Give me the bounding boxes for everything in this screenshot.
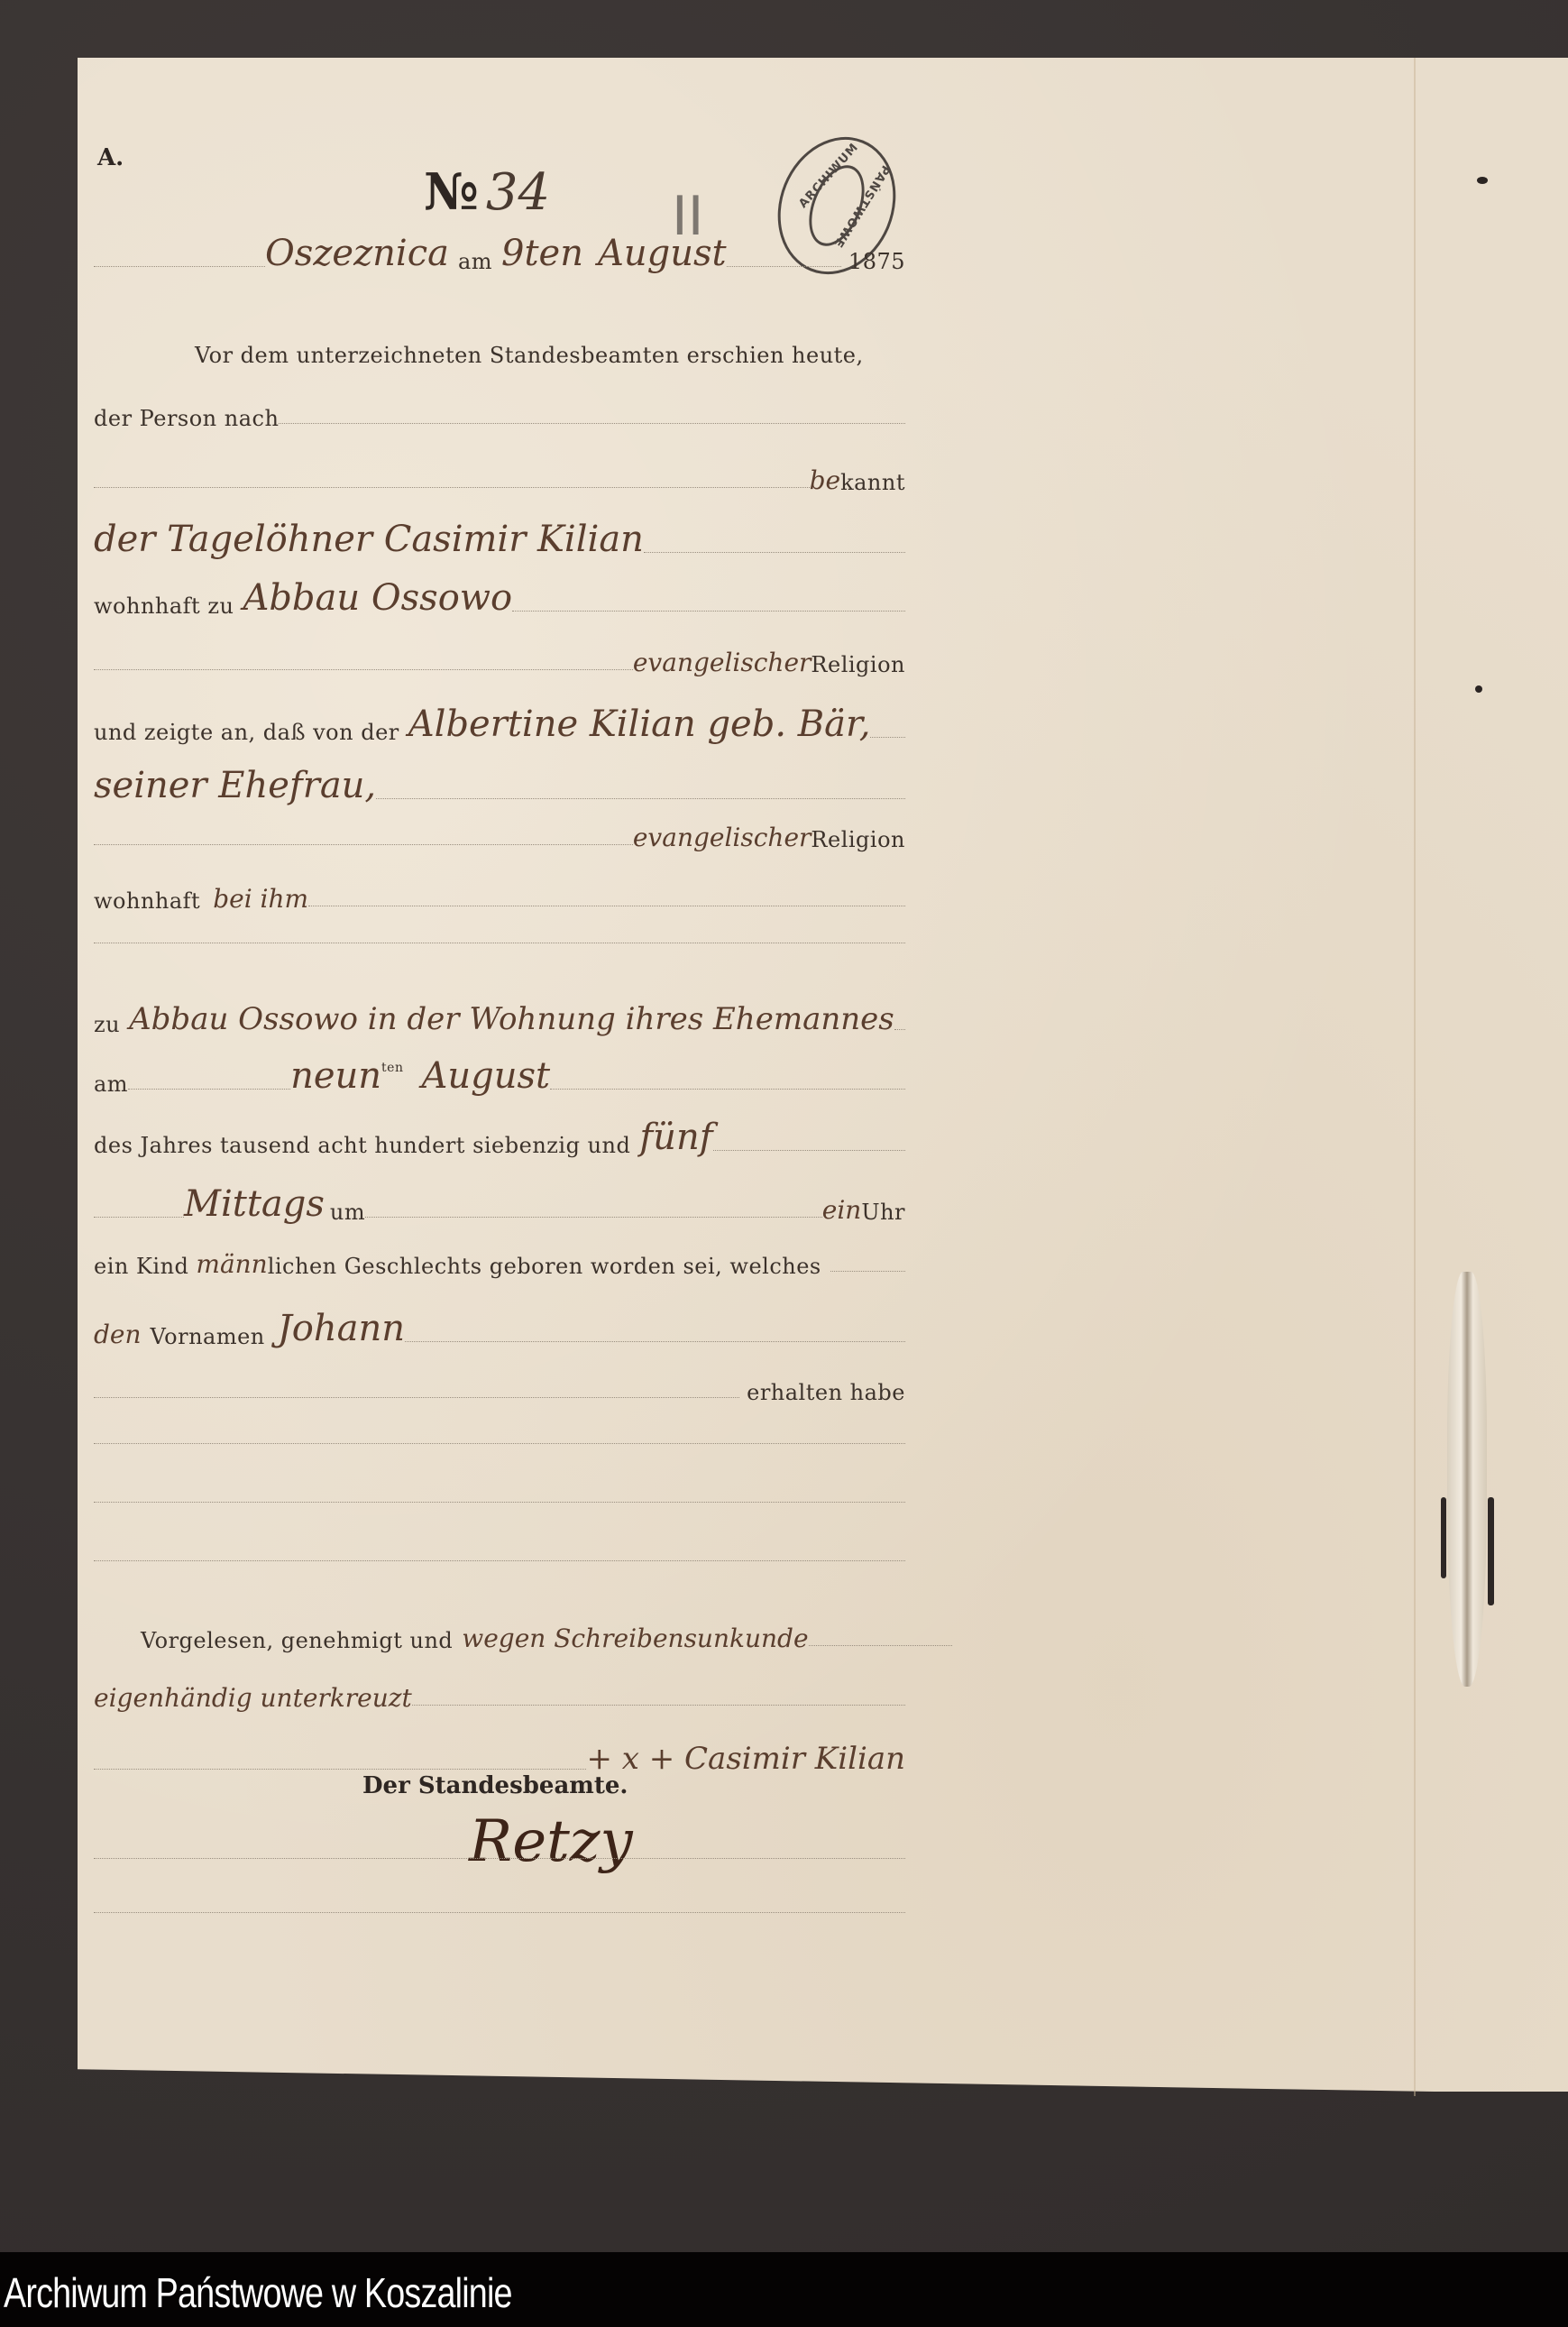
date-label: am [94,1072,128,1097]
birth-date-line: am neun ten August [94,1055,905,1097]
read-line-2: eigenhändig unterkreuzt [94,1683,905,1713]
intro-text: Vor dem unterzeichneten Standesbeamten e… [195,343,864,368]
read-label: Vorgelesen, genehmigt und [141,1628,453,1653]
mother-value: Albertine Kilian geb. Bär, [408,704,871,745]
binding-hole [1477,177,1488,184]
child-name-line: den Vornamen Johann [94,1308,905,1349]
bekannt-hand: be [810,465,841,495]
residence-line: wohnhaft zu Abbau Ossowo [94,577,905,619]
time-uhr-label: Uhr [861,1200,905,1225]
form-letter: A. [97,144,124,171]
blank-line [94,1560,905,1568]
read-line: Vorgelesen, genehmigt und wegen Schreibe… [94,1623,952,1653]
residence-label: wohnhaft zu [94,593,234,619]
child-sex-line: ein Kind männ lichen Geschlechts geboren… [94,1249,905,1279]
religion2-value: evangelischer [633,823,812,852]
time-hour-value: ein [822,1195,862,1225]
signature-line [94,1858,905,1866]
time-value: Mittags [184,1183,325,1225]
erhalten-line: erhalten habe [94,1380,905,1405]
place-value: Oszeznica [265,233,449,274]
number-prefix: № [424,162,479,222]
residence-value: Abbau Ossowo [243,577,512,619]
blank-line [94,1443,905,1451]
mother-residence-label: wohnhaft [94,888,200,914]
month-value: August [598,233,727,274]
birth-day-suffix: ten [381,1061,403,1075]
birth-place-line: zu Abbau Ossowo in der Wohnung ihres Ehe… [94,1001,905,1037]
place-date-line: Oszeznica am 9ten August 1875 [94,233,905,274]
page-fold [1414,58,1416,2096]
signature-line [94,1912,905,1920]
year-value: 1875 [848,249,905,274]
name-pre-value: den [94,1320,142,1349]
year-line: des Jahres tausend acht hundert siebenzi… [94,1117,905,1158]
binding-hole [1475,685,1482,693]
bekannt-line: be kannt [94,465,905,495]
birth-place-label: zu [94,1012,120,1037]
religion1-value: evangelischer [633,648,812,677]
year-word-value: fünf [639,1117,712,1158]
declarant-mark-value: + x + Casimir Kilian [586,1741,905,1777]
record-number: №34 [424,162,550,222]
number-value: 34 [486,163,550,222]
birth-month-value: August [421,1055,550,1097]
birth-day-value: neun [290,1055,381,1097]
person-label: der Person nach [94,406,279,431]
official-title: Der Standesbeamte. [362,1772,628,1799]
archive-name: Archiwum Państwowe w Koszalinie [4,2268,512,2317]
religion1-label: Religion [811,652,905,677]
archive-footer: Archiwum Państwowe w Koszalinie [0,2252,1568,2327]
declarant-mark-line: + x + Casimir Kilian [94,1741,905,1777]
day-value: 9ten [501,233,583,274]
declarant-line: der Tagelöhner Casimir Kilian [94,519,905,560]
blank-line [94,1502,905,1510]
paper-tear [1447,1272,1487,1687]
time-um-label: um [330,1200,365,1225]
intro-line: Vor dem unterzeichneten Standesbeamten e… [94,343,1006,368]
religion1-line: evangelischer Religion [94,648,905,677]
mother-relation-line: seiner Ehefrau, [94,765,905,806]
person-line: der Person nach [94,406,905,431]
announce-line: und zeigte an, daß von der Albertine Kil… [94,704,905,745]
erhalten-label: erhalten habe [747,1380,905,1405]
birth-place-value: Abbau Ossowo in der Wohnung ihres Eheman… [129,1001,894,1037]
am-label: am [458,249,492,274]
child-label-pre: ein Kind [94,1254,188,1279]
mother-residence-line: wohnhaft bei ihm [94,884,905,914]
time-line: Mittags um ein Uhr [94,1183,905,1225]
announce-label: und zeigte an, daß von der [94,720,399,745]
child-sex-value: männ [196,1249,267,1279]
year-label: des Jahres tausend acht hundert siebenzi… [94,1133,630,1158]
tear-shadow [1441,1497,1446,1578]
bekannt-print: kannt [840,470,905,495]
blank-line [94,943,905,951]
name-label: Vornamen [151,1324,265,1349]
mother-residence-value: bei ihm [213,884,308,914]
mother-relation-value: seiner Ehefrau, [94,765,376,806]
declarant-value: der Tagelöhner Casimir Kilian [94,519,644,560]
read-hand2-value: eigenhändig unterkreuzt [94,1683,412,1713]
tear-shadow [1488,1497,1494,1605]
child-name-value: Johann [278,1308,405,1349]
read-hand-value: wegen Schreibensunkunde [462,1623,808,1653]
child-label-post: lichen Geschlechts geboren worden sei, w… [268,1254,821,1279]
religion2-label: Religion [811,827,905,852]
religion2-line: evangelischer Religion [94,823,905,852]
